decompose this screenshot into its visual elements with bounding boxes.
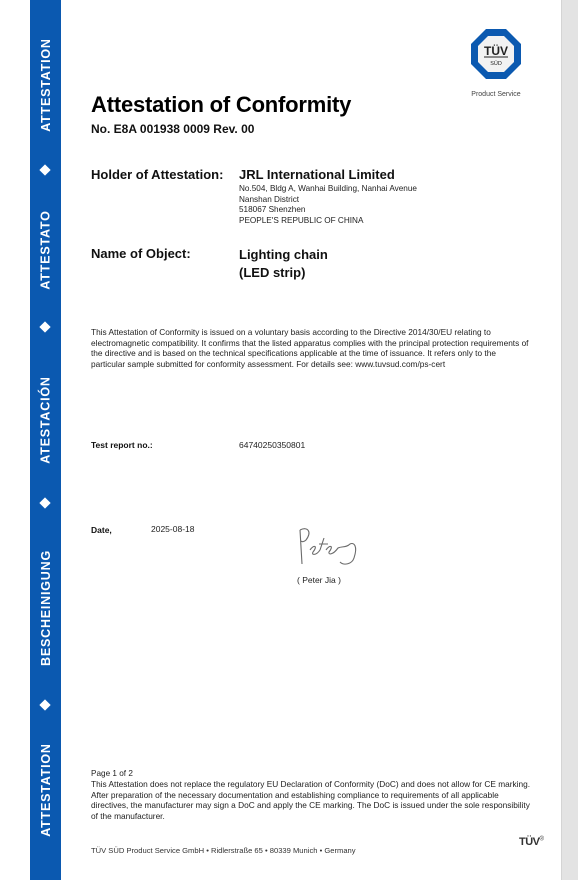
conformity-statement: This Attestation of Conformity is issued… [91, 327, 531, 369]
band-word: BESCHEINIGUNG [30, 540, 61, 675]
diamond-icon [39, 497, 50, 508]
holder-name: JRL International Limited [239, 167, 395, 182]
page-number: Page 1 of 2 [91, 769, 133, 778]
document-title: Attestation of Conformity [91, 92, 351, 118]
band-word: ATTESTATION [30, 735, 61, 845]
date-value: 2025-08-18 [151, 524, 194, 534]
svg-text:TÜV: TÜV [484, 43, 508, 58]
signature-icon [294, 522, 364, 570]
signer-name: ( Peter Jia ) [297, 575, 341, 585]
certificate-number: No. E8A 001938 0009 Rev. 00 [91, 122, 254, 136]
address-line: Nanshan District [239, 195, 417, 206]
disclaimer: This Attestation does not replace the re… [91, 779, 531, 821]
tuv-sud-logo-icon: TÜV SÜD [470, 28, 522, 80]
tuv-mark: TÜV® [519, 836, 543, 848]
diamond-icon [39, 164, 50, 175]
test-report-number: 64740250350801 [239, 440, 305, 450]
test-report-label: Test report no.: [91, 440, 153, 450]
object-label: Name of Object: [91, 246, 191, 261]
logo-caption: Product Service [462, 91, 530, 98]
svg-text:SÜD: SÜD [490, 60, 502, 67]
band-word: ATESTACIÓN [30, 365, 61, 475]
holder-label: Holder of Attestation: [91, 167, 223, 182]
band-word: ATTESTATO [30, 200, 61, 300]
object-name: Lighting chain (LED strip) [239, 246, 328, 282]
holder-address: No.504, Bldg A, Wanhai Building, Nanhai … [239, 184, 417, 226]
page-margin-strip [561, 0, 578, 880]
address-line: No.504, Bldg A, Wanhai Building, Nanhai … [239, 184, 417, 195]
diamond-icon [39, 321, 50, 332]
side-band: ATTESTATION ATTESTATO ATESTACIÓN BESCHEI… [30, 0, 61, 880]
date-label: Date, [91, 525, 112, 535]
diamond-icon [39, 699, 50, 710]
company-address: TÜV SÜD Product Service GmbH • Ridlerstr… [91, 846, 356, 855]
address-line: 518067 Shenzhen [239, 205, 417, 216]
address-line: PEOPLE'S REPUBLIC OF CHINA [239, 216, 417, 227]
band-word: ATTESTATION [30, 30, 61, 140]
